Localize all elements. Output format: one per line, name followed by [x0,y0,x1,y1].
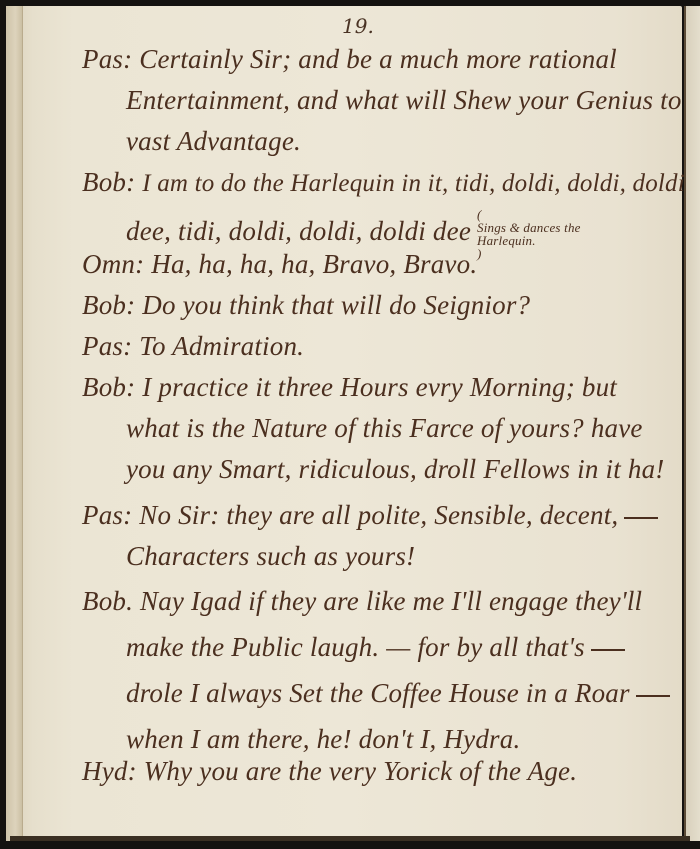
text-line: make the Public laugh. — for by all that… [126,632,625,663]
next-page-edge [684,6,700,841]
speaker-label: Pas: [82,44,132,75]
stage-direction: ( Sings & dances theHarlequin. ) [477,208,581,260]
text-line: Bob: I am to do the Harlequin in it, tid… [82,167,685,198]
line-text: To Admiration. [139,331,304,361]
text-line: Bob: I practice it three Hours evry Morn… [82,372,617,403]
line-text: Nay Igad if they are like me I'll engage… [140,586,642,616]
line-text: vast Advantage. [126,126,301,156]
speaker-label: Bob. [82,586,133,617]
speaker-label: Pas: [82,331,132,362]
speaker-label: Bob: [82,167,135,198]
line-text: dee, tidi, doldi, doldi, doldi dee [126,216,471,246]
line-text: what is the Nature of this Farce of your… [126,413,643,443]
speaker-label: Omn: [82,249,144,280]
text-line: Characters such as yours! [126,541,415,572]
text-line: Bob. Nay Igad if they are like me I'll e… [82,586,642,617]
text-line: when I am there, he! don't I, Hydra. [126,724,520,755]
line-text: I practice it three Hours evry Morning; … [142,372,617,402]
line-text: when I am there, he! don't I, Hydra. [126,724,520,754]
text-line: Hyd: Why you are the very Yorick of the … [82,756,577,787]
line-text: Why you are the very Yorick of the Age. [144,756,577,786]
line-text: you any Smart, ridiculous, droll Fellows… [126,454,664,484]
line-filler-dash [591,649,625,651]
line-filler-dash [624,517,658,519]
text-line: vast Advantage. [126,126,301,157]
line-text: make the Public laugh. — for by all that… [126,632,585,662]
page-number: 19. [342,14,374,38]
text-line: Pas: To Admiration. [82,331,304,362]
text-line: Bob: Do you think that will do Seignior? [82,290,530,321]
speaker-label: Hyd: [82,756,137,787]
text-line: what is the Nature of this Farce of your… [126,413,643,444]
line-text: Certainly Sir; and be a much more ration… [139,44,617,74]
text-line: Entertainment, and what will Shew your G… [126,85,682,116]
line-text: Ha, ha, ha, ha, Bravo, Bravo. [151,249,477,279]
page-bottom-edge [10,836,690,841]
text-line: Pas: No Sir: they are all polite, Sensib… [82,500,658,531]
text-line: Pas: Certainly Sir; and be a much more r… [82,44,617,75]
line-filler-dash [636,695,670,697]
line-text: Characters such as yours! [126,541,415,571]
text-line: drole I always Set the Coffee House in a… [126,678,670,709]
text-line: you any Smart, ridiculous, droll Fellows… [126,454,664,485]
text-line: Omn: Ha, ha, ha, ha, Bravo, Bravo. [82,249,477,280]
speaker-label: Pas: [82,500,132,531]
speaker-label: Bob: [82,290,135,321]
line-text: I am to do the Harlequin in it, tidi, do… [142,170,685,197]
line-text: No Sir: they are all polite, Sensible, d… [139,500,618,530]
line-text: drole I always Set the Coffee House in a… [126,678,630,708]
line-text: Do you think that will do Seignior? [142,290,530,320]
line-text: Entertainment, and what will Shew your G… [126,85,682,115]
speaker-label: Bob: [82,372,135,403]
binding-fold [6,6,23,841]
